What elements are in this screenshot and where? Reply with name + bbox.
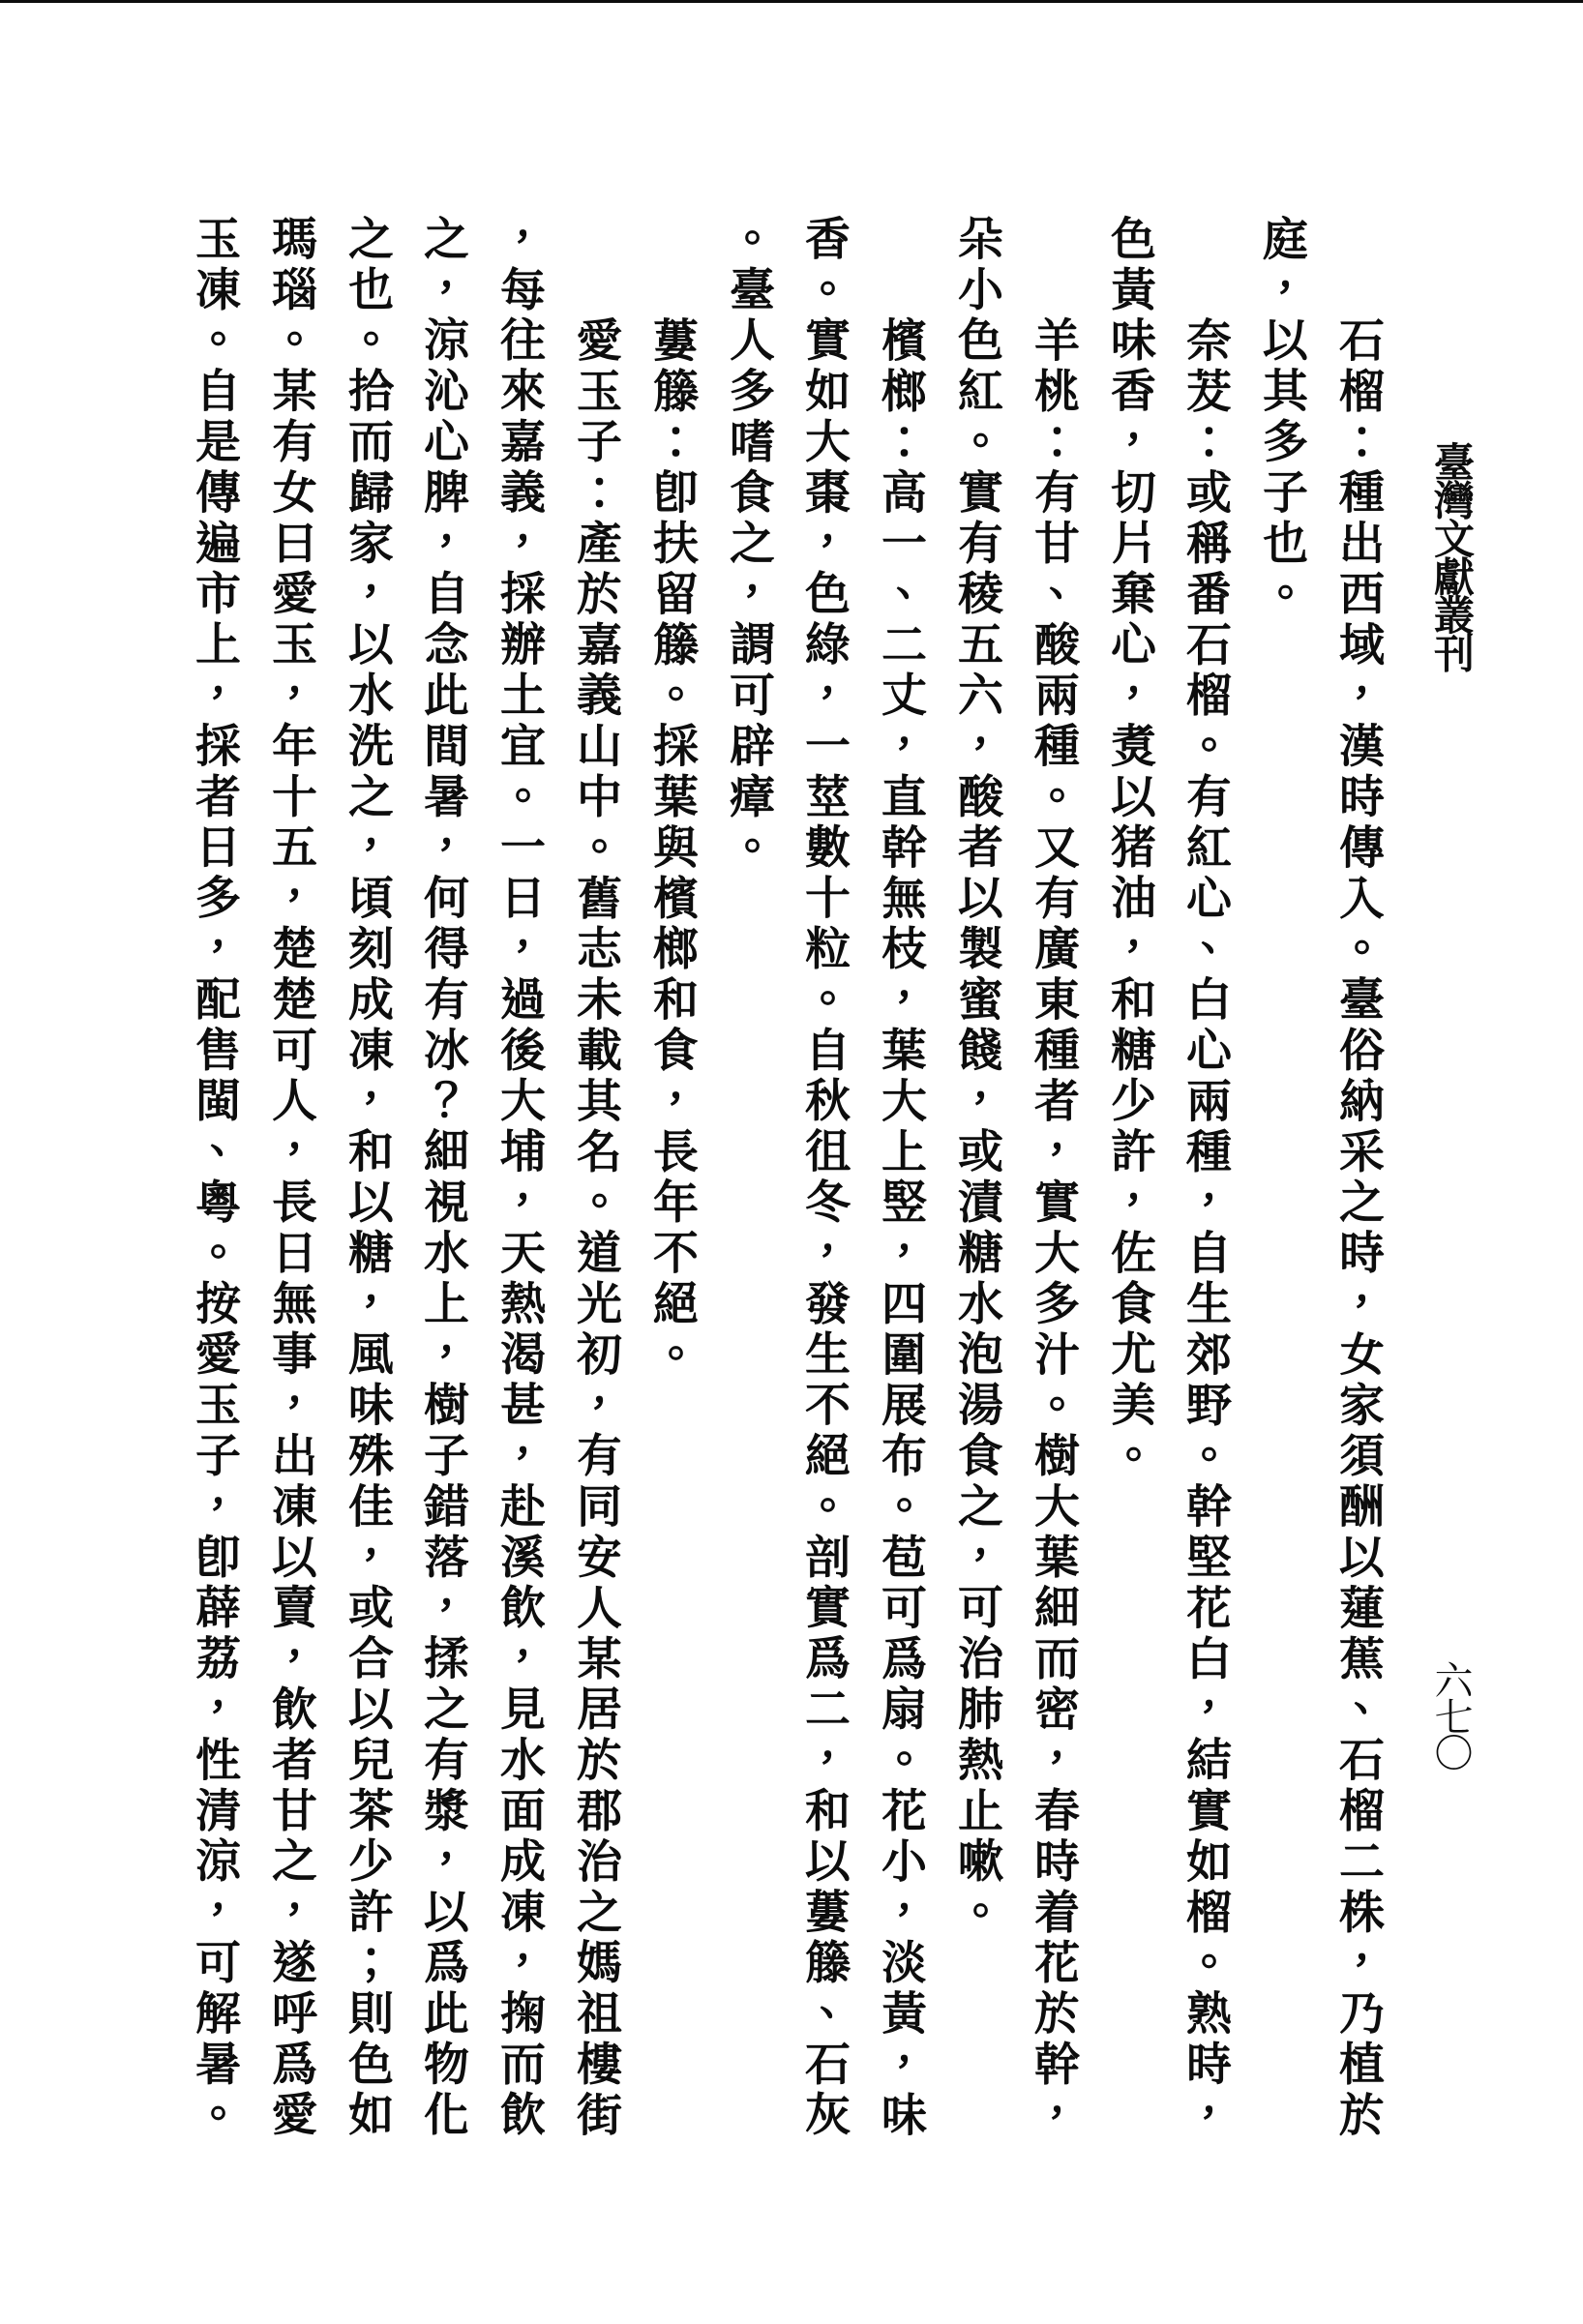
entry-aiyu-line-2: ，每往來嘉義，採辦土宜。一日，過後大埔，天熱渴甚，赴溪飲，見水面成凍，掬而飲 <box>493 215 544 2150</box>
entry-aiyu-line-3: 之，涼沁心脾，自念此間暑，何得有冰？細視水上，樹子錯落，揉之有漿，以爲此物化 <box>417 215 467 2150</box>
entry-aiyu-line-6: 玉凍。自是傳遍市上，採者日多，配售閩、粵。按愛玉子，卽薜荔，性清涼，可解暑。 <box>189 215 239 2150</box>
entry-betel-nut-line-3: 。臺人多嗜食之，謂可辟瘴。 <box>723 215 773 2150</box>
entry-aiyu-line-5: 瑪瑙。某有女曰愛玉，年十五，楚楚可人，長日無事，出凍以賣，飲者甘之，遂呼爲愛 <box>265 215 315 2150</box>
entry-aiyu-line-1: 愛玉子：產於嘉義山中。舊志未載其名。道光初，有同安人某居於郡治之媽祖樓街 <box>570 316 620 2251</box>
entry-aiyu-line-4: 之也。拾而歸家，以水洗之，頃刻成凍，和以糖，風味殊佳，或合以兒茶少許；則色如 <box>342 215 392 2150</box>
entry-pomegranate-line-1: 石榴：種出西域，漢時傳入。臺俗納采之時，女家須酬以蓮蕉、石榴二株，乃植於 <box>1332 316 1383 2251</box>
entry-starfruit-line-2: 朵小色紅。實有稜五六，酸者以製蜜餞，或漬糖水泡湯食之，可治肺熱止嗽。 <box>951 215 1001 2150</box>
entry-betel-vine-line-1: 蔞籐：卽扶留籐。採葉與檳榔和食，長年不絕。 <box>646 316 697 2251</box>
entry-pomegranate-line-2: 庭，以其多子也。 <box>1256 215 1306 2150</box>
entry-guava-line-1: 奈茇：或稱番石榴。有紅心、白心兩種，自生郊野。幹堅花白，結實如榴。熟時， <box>1180 316 1230 2251</box>
page-number: 六七〇 <box>1429 1660 1472 1770</box>
entry-starfruit-line-1: 羊桃：有甘、酸兩種。又有廣東種者，實大多汁。樹大葉細而密，春時着花於幹， <box>1028 316 1078 2251</box>
top-border-rule <box>0 0 1583 3</box>
running-header-series-title: 臺灣文獻叢刊 <box>1430 441 1473 670</box>
entry-betel-nut-line-2: 香。實如大棗，色綠，一莖數十粒。自秋徂冬，發生不絕。剖實爲二，和以蔞籐、石灰 <box>798 215 849 2150</box>
entry-guava-line-2: 色黃味香，切片棄心，煑以猪油，和糖少許，佐食尤美。 <box>1104 215 1154 2150</box>
entry-betel-nut-line-1: 檳榔：高一、二丈，直幹無枝，葉大上竪，四圍展布。苞可爲扇。花小，淡黃，味 <box>875 316 925 2251</box>
book-page: 臺灣文獻叢刊 六七〇 石榴：種出西域，漢時傳入。臺俗納采之時，女家須酬以蓮蕉、石… <box>0 0 1583 2324</box>
